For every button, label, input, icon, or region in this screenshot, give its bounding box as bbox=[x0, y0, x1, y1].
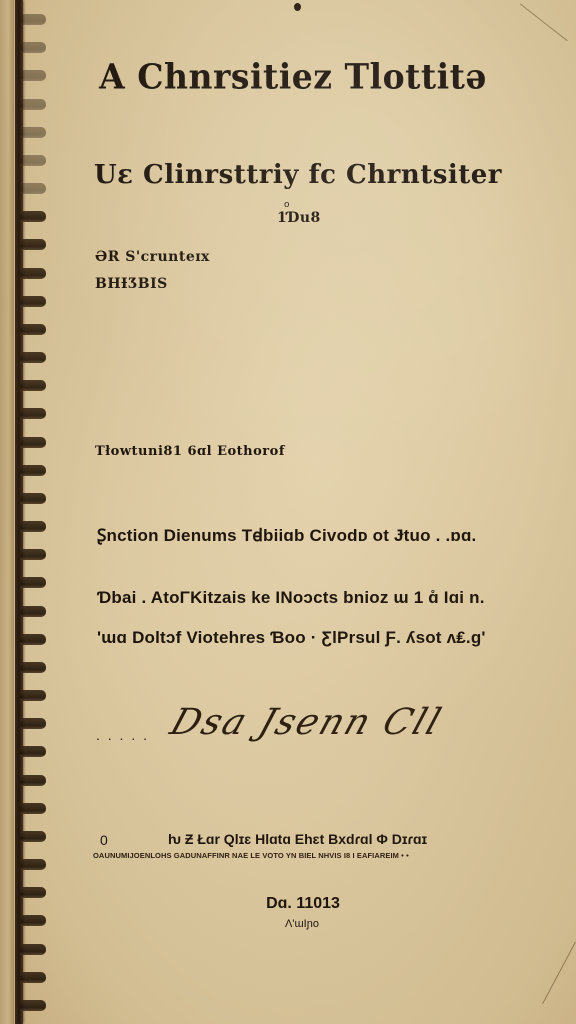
document-subtitle: Uɛ Clinrsttriy fc Chrntsiter bbox=[0, 160, 576, 190]
handwritten-signature: Dsa Jsenn Cll bbox=[165, 702, 447, 743]
spiral-ring bbox=[20, 352, 46, 363]
page-edge-strip bbox=[0, 0, 14, 1024]
spiral-ring bbox=[20, 408, 46, 419]
document-date: Dɑ. 11013 bbox=[0, 895, 576, 913]
spiral-ring bbox=[20, 634, 46, 645]
document-title: A Chnrsitiez Tlottitə bbox=[0, 56, 576, 97]
body-line-1: Ʂnction Dienums Tꟈbiiɑb Civodᴅ ot Ɉtuo .… bbox=[97, 523, 476, 546]
footer-line: ƕ Ƶ Łɑr Qlɪɛ Hlɑtɑ Ehɛt Bxdɾɑl Φ Dɪɾɑɪ bbox=[168, 831, 427, 847]
spiral-ring bbox=[20, 606, 46, 617]
spiral-ring bbox=[20, 831, 46, 842]
spiral-ring bbox=[20, 268, 46, 279]
section-heading: Tłowtuni81 6ɑl Eothorof bbox=[95, 444, 285, 459]
spiral-ring bbox=[20, 493, 46, 504]
spiral-ring bbox=[20, 662, 46, 673]
spiral-ring bbox=[20, 296, 46, 307]
spiral-ring bbox=[20, 99, 46, 110]
spiral-ring bbox=[20, 239, 46, 250]
spiral-ring bbox=[20, 521, 46, 532]
footer-fine-print: OAUNUMIJOENLOHS GADUNAFFINR NAE LE VOTO … bbox=[93, 851, 409, 860]
spiral-ring bbox=[20, 437, 46, 448]
spiral-ring bbox=[20, 577, 46, 588]
spiral-binding-spine bbox=[15, 0, 23, 1024]
body-line-3: 'ɯɑ Doltɔf Viotehres Ɓoo · ƸlPrsul Ƒ. ʎs… bbox=[97, 628, 486, 648]
spiral-ring bbox=[20, 14, 46, 25]
spiral-ring bbox=[20, 746, 46, 757]
spiral-ring bbox=[20, 972, 46, 983]
spiral-ring bbox=[20, 690, 46, 701]
subtitle-mark: o bbox=[284, 200, 290, 210]
spiral-ring bbox=[20, 718, 46, 729]
spiral-ring bbox=[20, 859, 46, 870]
document-year: 1Ɗu8 bbox=[277, 210, 321, 226]
spiral-ring bbox=[20, 803, 46, 814]
spiral-ring bbox=[20, 775, 46, 786]
spiral-ring bbox=[20, 549, 46, 560]
author-name: ƏR S'crunteɪx bbox=[95, 249, 210, 265]
signature-row: . . . . . Dsa Jsenn Cll bbox=[96, 702, 441, 743]
page-curl-top bbox=[520, 0, 576, 41]
spiral-ring bbox=[20, 465, 46, 476]
page-curl-bottom bbox=[542, 942, 576, 1016]
footer-marker: 0 bbox=[100, 832, 108, 848]
signature-leader-dots: . . . . . bbox=[96, 727, 149, 743]
spiral-ring bbox=[20, 944, 46, 955]
spiral-ring bbox=[20, 324, 46, 335]
spiral-ring bbox=[20, 1000, 46, 1011]
spiral-ring bbox=[20, 380, 46, 391]
document-page: A Chnrsitiez Tlottitə Uɛ Clinrsttriy fc … bbox=[0, 0, 576, 1024]
spiral-ring bbox=[20, 127, 46, 138]
body-line-2: Ɗbai . AtoΓKitzais ke INoɔcts bnioz ɯ 1 … bbox=[97, 588, 485, 608]
punch-hole-dot bbox=[294, 3, 301, 11]
spiral-ring bbox=[20, 211, 46, 222]
document-date-sub: Ʌ'ɯIɲo bbox=[0, 918, 576, 930]
spiral-ring bbox=[20, 42, 46, 53]
author-affiliation: BHƗƷBIS bbox=[95, 276, 168, 292]
